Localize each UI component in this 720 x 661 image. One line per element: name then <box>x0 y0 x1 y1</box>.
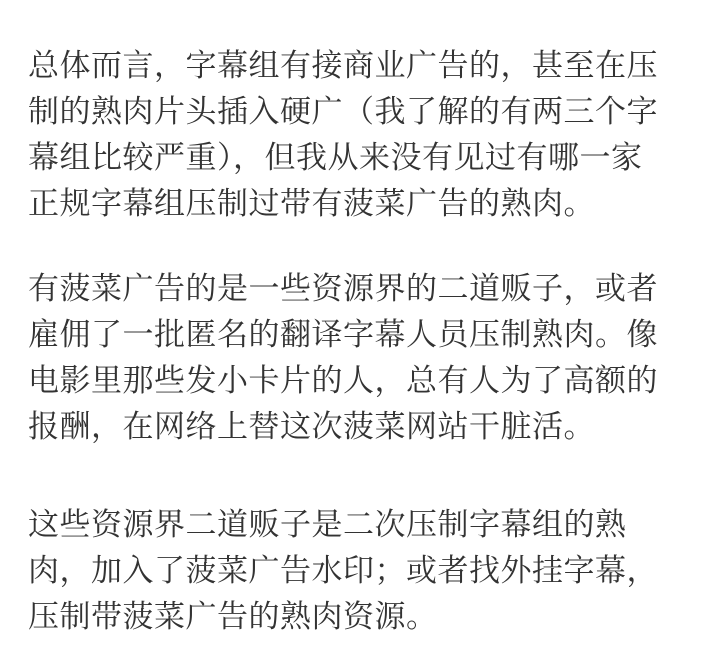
text-line: 总体而言，字幕组有接商业广告的，甚至在压 <box>28 43 698 89</box>
text-line: 幕组比较严重），但我从来没有见过有哪一家 <box>28 135 698 181</box>
paragraph-1: 总体而言，字幕组有接商业广告的，甚至在压 制的熟肉片头插入硬广（我了解的有两三个… <box>28 43 698 227</box>
text-line: 制的熟肉片头插入硬广（我了解的有两三个字 <box>28 89 698 135</box>
text-line: 报酬，在网络上替这次菠菜网站干脏活。 <box>28 404 698 450</box>
text-line: 雇佣了一批匿名的翻译字幕人员压制熟肉。像 <box>28 312 698 358</box>
paragraph-2: 有菠菜广告的是一些资源界的二道贩子，或者 雇佣了一批匿名的翻译字幕人员压制熟肉。… <box>28 266 698 450</box>
text-line: 电影里那些发小卡片的人，总有人为了高额的 <box>28 358 698 404</box>
text-line: 有菠菜广告的是一些资源界的二道贩子，或者 <box>28 266 698 312</box>
text-line: 正规字幕组压制过带有菠菜广告的熟肉。 <box>28 181 698 227</box>
document-body: 总体而言，字幕组有接商业广告的，甚至在压 制的熟肉片头插入硬广（我了解的有两三个… <box>0 0 720 661</box>
paragraph-3: 这些资源界二道贩子是二次压制字幕组的熟 肉，加入了菠菜广告水印；或者找外挂字幕，… <box>28 502 698 640</box>
text-line: 这些资源界二道贩子是二次压制字幕组的熟 <box>28 502 698 548</box>
text-line: 压制带菠菜广告的熟肉资源。 <box>28 594 698 640</box>
text-line: 肉，加入了菠菜广告水印；或者找外挂字幕， <box>28 548 698 594</box>
